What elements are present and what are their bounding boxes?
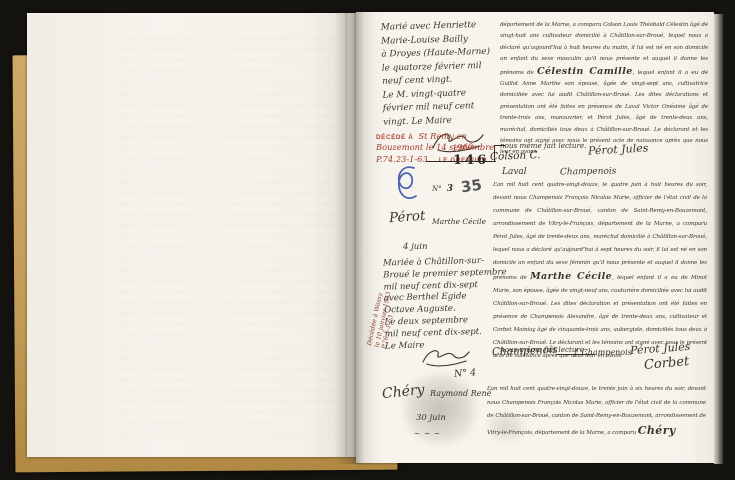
- act2-number-label: N°: [432, 185, 442, 193]
- death-annotation-line2: Bouzemont le 14 septembre: [376, 143, 494, 153]
- act1-signature-witness2: Laval: [502, 167, 527, 177]
- ink-bleed-through: [117, 38, 347, 438]
- act1-signature-declarant: Colson C.: [490, 149, 541, 163]
- left-page-blank: [27, 13, 356, 457]
- act1-signature-officer: Champenois: [560, 167, 617, 178]
- act1-closing: nous même fait lecture.: [500, 141, 586, 150]
- act2-child-name: Marthe Cécile: [530, 271, 612, 282]
- act3-body: L’an mil huit cent quatre-vingt-douze, l…: [487, 383, 706, 440]
- act2-signature-witness: Corbet: [643, 354, 689, 373]
- act3-declarant-name: Chéry: [638, 424, 676, 437]
- act2-text-before: L’an mil huit cent quatre-vingt-douze, l…: [493, 182, 707, 281]
- act3-margin-dashes: ~ ~ ~: [414, 430, 441, 438]
- death-year: 1960: [452, 141, 474, 152]
- death-place: St Remy en: [418, 131, 466, 141]
- act2-margin-marriage-note: Mariée à Châtillon-sur-Broué le premier …: [383, 256, 499, 353]
- act2-number: N° 3 35: [432, 176, 482, 195]
- act2-body: L’an mil huit cent quatre-vingt-douze, l…: [493, 179, 707, 363]
- mayor-signature-flourish: [420, 346, 472, 368]
- death-annotation-line1: Décédé à St Remy en: [376, 129, 494, 143]
- act2-number-ink: 3: [447, 184, 453, 194]
- page-stack-edge: [714, 14, 723, 464]
- right-page: Marié avec HenrietteMarie-Louise Baillyà…: [356, 12, 714, 463]
- act2-margin-name: Pérot: [388, 208, 426, 227]
- act1-child-name: Célestin Camille: [537, 66, 633, 77]
- archive-scan: Marié avec HenrietteMarie-Louise Baillyà…: [0, 0, 735, 480]
- stamp-strike-line: [426, 161, 496, 162]
- act2-margin-name-rest: Marthe Cécile: [432, 217, 486, 226]
- act1-margin-marriage-note: Marié avec HenrietteMarie-Louise Baillyà…: [381, 18, 506, 129]
- act2-signature-officer: Champenois: [492, 344, 558, 358]
- deceased-stamp: Décédé à: [376, 134, 413, 141]
- page-crease: [345, 13, 348, 457]
- act1-body: département de la Marne, a comparu Colso…: [500, 20, 708, 159]
- act3-margin-name-rest: Raymond René: [430, 389, 491, 398]
- blue-ink-paraph: [392, 162, 424, 204]
- act2-margin-date: 4 juin: [403, 242, 427, 252]
- act3-margin-date: 30 juin: [416, 413, 446, 423]
- act2-folio-pencil: 35: [460, 176, 483, 197]
- act2-signature-officer2: J. Champenois: [574, 348, 632, 357]
